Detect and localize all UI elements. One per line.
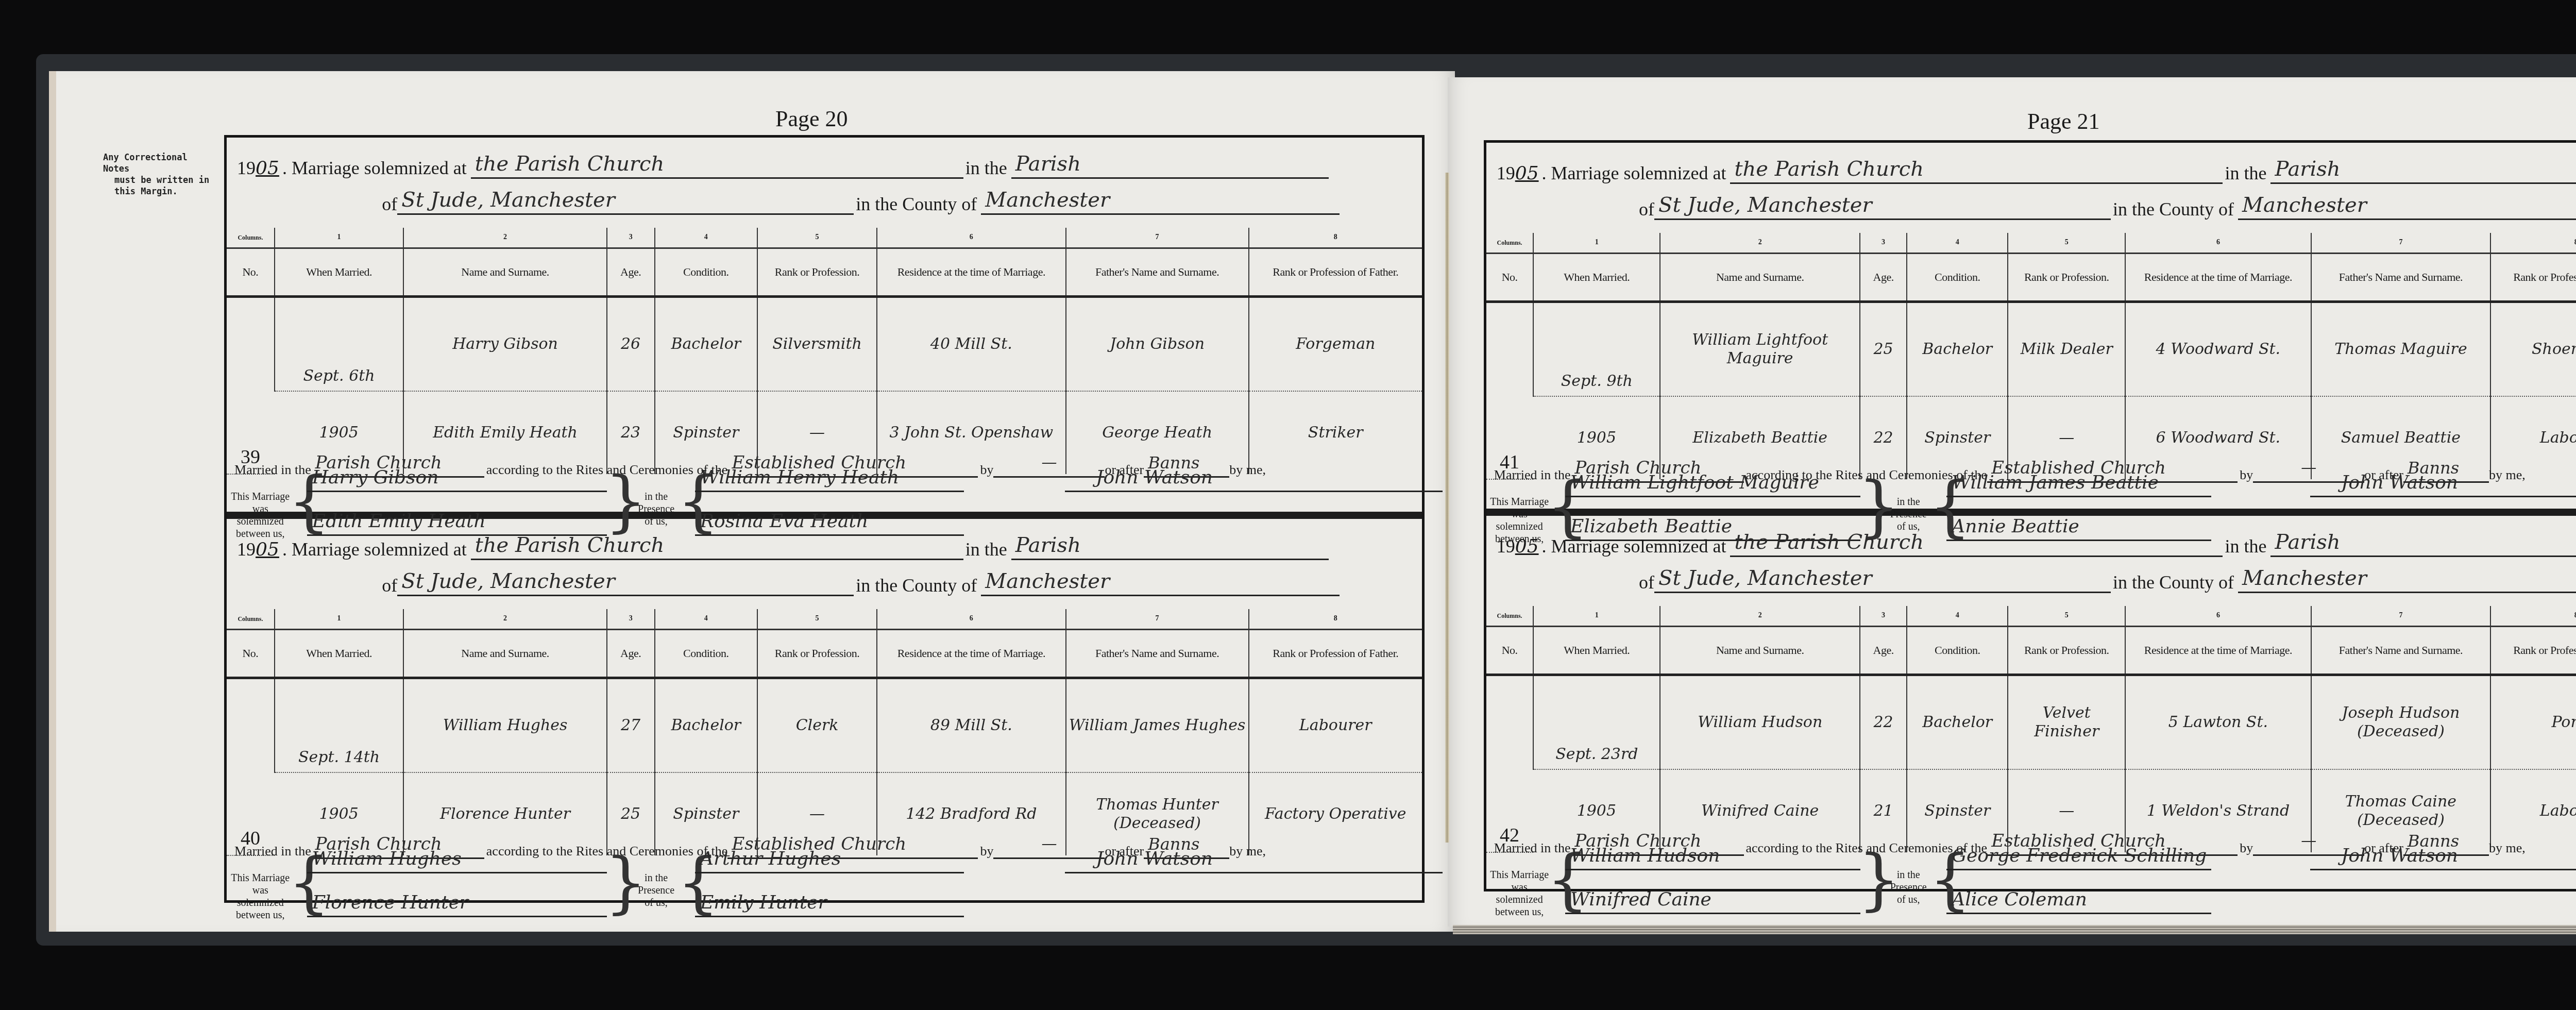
groom-father-name: William James Hughes xyxy=(1066,678,1249,773)
register-frame-left: 1905 . Marriage solemnized at the Parish… xyxy=(224,135,1425,903)
label-line: This Marriage xyxy=(229,491,292,503)
entry-number: 42 xyxy=(1486,675,1533,853)
marriage-date: Sept. 6th xyxy=(275,297,404,392)
column-number: 7 xyxy=(1066,609,1249,630)
column-number: 8 xyxy=(2490,233,2576,254)
county-name: Manchester xyxy=(2238,192,2576,220)
of-label: of xyxy=(382,193,397,215)
bride-signature: Winifred Caine xyxy=(1565,887,1860,914)
year-label: 1905 xyxy=(237,538,279,560)
column-number: 2 xyxy=(403,609,606,630)
header-profession: Rank or Profession. xyxy=(2008,254,2125,302)
groom-age: 25 xyxy=(1860,302,1907,397)
column-number: 2 xyxy=(403,228,606,248)
column-number: 8 xyxy=(1249,228,1422,248)
year-label: 1905 xyxy=(1497,535,1539,557)
solemnized-place: the Parish Church xyxy=(1730,529,2223,557)
column-number: 6 xyxy=(877,609,1066,630)
columns-label: Columns. xyxy=(1486,233,1533,254)
label-line: This Marriage xyxy=(229,872,292,884)
header-father-profession: Rank or Profession of Father. xyxy=(2490,627,2576,675)
groom-profession: Silversmith xyxy=(757,297,877,392)
header-father-profession: Rank or Profession of Father. xyxy=(2490,254,2576,302)
column-number: 6 xyxy=(877,228,1066,248)
entry-heading-line-2: of St Jude, Manchester in the County of … xyxy=(382,187,1340,215)
column-number: 3 xyxy=(1860,233,1907,254)
header-residence: Residence at the time of Marriage. xyxy=(877,248,1066,297)
parish-name: St Jude, Manchester xyxy=(1654,192,2111,220)
margin-note-left: Any Correctional Notes must be written i… xyxy=(103,152,211,197)
header-when-married: When Married. xyxy=(1533,254,1660,302)
marriage-entry: 1905 . Marriage solemnized at the Parish… xyxy=(227,138,1422,519)
margin-note-line: Any Correctional Notes xyxy=(103,152,211,175)
groom-residence: 40 Mill St. xyxy=(877,297,1066,392)
register-frame-right: 1905 . Marriage solemnized at the Parish… xyxy=(1484,140,2576,891)
in-the-label: in the xyxy=(965,157,1007,179)
groom-signature: Harry Gibson xyxy=(307,465,607,492)
column-number: 3 xyxy=(607,609,655,630)
columns-label: Columns. xyxy=(227,609,275,630)
groom-age: 22 xyxy=(1860,675,1907,770)
header-profession: Rank or Profession. xyxy=(757,248,877,297)
label-line: Presence xyxy=(1886,881,1931,894)
county-name: Manchester xyxy=(981,187,1340,215)
groom-residence: 5 Lawton St. xyxy=(2125,675,2311,770)
solemnized-label: . Marriage solemnized at xyxy=(1542,162,1726,184)
entry-heading-line-2: of St Jude, Manchester in the County of … xyxy=(1639,565,2576,593)
columns-label: Columns. xyxy=(227,228,275,248)
in-the-label: in the xyxy=(965,538,1007,560)
year-label: 1905 xyxy=(1497,162,1539,184)
groom-residence: 89 Mill St. xyxy=(877,678,1066,773)
groom-profession: Clerk xyxy=(757,678,877,773)
by-label: by xyxy=(2240,467,2253,483)
solemnized-place: the Parish Church xyxy=(1730,156,2223,184)
groom-residence: 4 Woodward St. xyxy=(2125,302,2311,397)
marriage-entry: 1905 . Marriage solemnized at the Parish… xyxy=(1486,516,2576,889)
groom-father-profession: Shoemaker xyxy=(2490,302,2576,397)
entry-register-table: Columns. 1 2 3 4 5 6 7 8 No. When Marrie… xyxy=(227,228,1422,475)
groom-condition: Bachelor xyxy=(1907,675,2008,770)
header-name: Name and Surname. xyxy=(403,248,606,297)
header-father-name: Father's Name and Surname. xyxy=(2311,627,2491,675)
page-number-left: Page 20 xyxy=(775,106,848,132)
margin-note-line: this Margin. xyxy=(103,186,211,197)
groom-signature: William Hughes xyxy=(307,846,607,873)
solemnized-label: . Marriage solemnized at xyxy=(1542,535,1726,557)
groom-father-profession: Forgeman xyxy=(1249,297,1422,392)
county-name: Manchester xyxy=(981,568,1340,596)
county-label: in the County of xyxy=(2113,198,2234,220)
column-number: 5 xyxy=(2008,606,2125,627)
officiant-signature: John Watson xyxy=(2310,843,2576,870)
by-label: by xyxy=(980,844,993,859)
column-number: 5 xyxy=(2008,233,2125,254)
header-father-profession: Rank or Profession of Father. xyxy=(1249,630,1422,678)
entry-heading-line-2: of St Jude, Manchester in the County of … xyxy=(382,568,1340,596)
by-label: by xyxy=(2240,840,2253,856)
header-profession: Rank or Profession. xyxy=(2008,627,2125,675)
solemnized-between-label: This Marriage was solemnized between us, xyxy=(1489,869,1550,918)
entry-heading-line-2: of St Jude, Manchester in the County of … xyxy=(1639,192,2576,220)
header-condition: Condition. xyxy=(655,630,758,678)
groom-profession: Milk Dealer xyxy=(2008,302,2125,397)
officiant-signature: John Watson xyxy=(1065,465,1443,492)
column-number: 2 xyxy=(1660,233,1860,254)
parish-name: St Jude, Manchester xyxy=(397,568,854,596)
column-number: 1 xyxy=(1533,233,1660,254)
presence-label: in the Presence of us, xyxy=(1886,869,1931,906)
label-line: between us, xyxy=(1489,906,1550,918)
header-no: No. xyxy=(1486,627,1533,675)
entry-number: 41 xyxy=(1486,302,1533,480)
header-age: Age. xyxy=(607,630,655,678)
column-header-row: No. When Married. Name and Surname. Age.… xyxy=(227,248,1422,297)
district-type: Parish xyxy=(1011,150,1329,179)
marriage-entry: 1905 . Marriage solemnized at the Parish… xyxy=(227,519,1422,900)
groom-father-name: Joseph Hudson (Deceased) xyxy=(2311,675,2491,770)
binding-thread xyxy=(1445,173,1449,843)
solemnized-label: . Marriage solemnized at xyxy=(282,538,467,560)
header-profession: Rank or Profession. xyxy=(757,630,877,678)
in-the-label: in the xyxy=(2225,535,2266,557)
officiant-signature: John Watson xyxy=(1065,846,1443,873)
entry-heading-line-1: 1905 . Marriage solemnized at the Parish… xyxy=(237,532,1329,560)
groom-condition: Bachelor xyxy=(1907,302,2008,397)
groom-condition: Bachelor xyxy=(655,297,758,392)
label-line: between us, xyxy=(229,909,292,921)
parish-name: St Jude, Manchester xyxy=(1654,565,2111,593)
header-condition: Condition. xyxy=(655,248,758,297)
marriage-date: Sept. 9th xyxy=(1533,302,1660,397)
witness-1-signature: William Henry Heath xyxy=(695,465,964,492)
header-name: Name and Surname. xyxy=(403,630,606,678)
header-age: Age. xyxy=(1860,254,1907,302)
groom-row: 41 Sept. 9th William Lightfoot Maguire 2… xyxy=(1486,302,2576,397)
header-age: Age. xyxy=(607,248,655,297)
county-label: in the County of xyxy=(2113,571,2234,593)
header-no: No. xyxy=(227,248,275,297)
header-when-married: When Married. xyxy=(1533,627,1660,675)
entry-register-table: Columns. 1 2 3 4 5 6 7 8 No. When Marrie… xyxy=(1486,606,2576,853)
groom-signature: William Lightfoot Maguire xyxy=(1565,470,1860,497)
groom-row: 42 Sept. 23rd William Hudson 22 Bachelor… xyxy=(1486,675,2576,770)
of-label: of xyxy=(382,575,397,596)
label-line: This Marriage xyxy=(1489,496,1550,508)
entry-heading-line-1: 1905 . Marriage solemnized at the Parish… xyxy=(237,150,1329,179)
witness-1-signature: Arthur Hughes xyxy=(695,846,964,873)
witness-2-signature: Emily Hunter xyxy=(695,890,964,917)
groom-age: 26 xyxy=(607,297,655,392)
header-when-married: When Married. xyxy=(275,630,404,678)
groom-name: William Hughes xyxy=(403,678,606,773)
groom-father-profession: Labourer xyxy=(1249,678,1422,773)
column-number: 1 xyxy=(1533,606,1660,627)
column-number: 4 xyxy=(655,609,758,630)
header-age: Age. xyxy=(1860,627,1907,675)
entry-register-table: Columns. 1 2 3 4 5 6 7 8 No. When Marrie… xyxy=(227,609,1422,856)
header-no: No. xyxy=(227,630,275,678)
bride-father-profession: Factory Operative xyxy=(1249,772,1422,855)
column-number-row: Columns. 1 2 3 4 5 6 7 8 xyxy=(227,228,1422,248)
witness-1-signature: George Frederick Schilling xyxy=(1946,843,2211,870)
column-number: 7 xyxy=(1066,228,1249,248)
margin-note-line: must be written in xyxy=(103,175,211,186)
label-line: in the xyxy=(1886,869,1931,881)
column-header-row: No. When Married. Name and Surname. Age.… xyxy=(1486,254,2576,302)
groom-row: 39 Sept. 6th Harry Gibson 26 Bachelor Si… xyxy=(227,297,1422,392)
groom-name: Harry Gibson xyxy=(403,297,606,392)
page-edges xyxy=(1453,925,2576,934)
groom-age: 27 xyxy=(607,678,655,773)
marriage-date: Sept. 23rd xyxy=(1533,675,1660,770)
label-line: Presence xyxy=(633,884,679,897)
solemnized-place: the Parish Church xyxy=(471,532,963,560)
county-label: in the County of xyxy=(856,575,977,596)
column-number: 3 xyxy=(607,228,655,248)
column-number-row: Columns. 1 2 3 4 5 6 7 8 xyxy=(227,609,1422,630)
entry-heading-line-1: 1905 . Marriage solemnized at the Parish… xyxy=(1497,529,2576,557)
column-number: 4 xyxy=(1907,233,2008,254)
column-number: 6 xyxy=(2125,233,2311,254)
bride-father-profession: Striker xyxy=(1249,391,1422,474)
column-header-row: No. When Married. Name and Surname. Age.… xyxy=(227,630,1422,678)
column-number: 4 xyxy=(1907,606,2008,627)
column-header-row: No. When Married. Name and Surname. Age.… xyxy=(1486,627,2576,675)
county-name: Manchester xyxy=(2238,565,2576,593)
column-number: 4 xyxy=(655,228,758,248)
groom-condition: Bachelor xyxy=(655,678,758,773)
header-name: Name and Surname. xyxy=(1660,254,1860,302)
header-residence: Residence at the time of Marriage. xyxy=(2125,627,2311,675)
parish-name: St Jude, Manchester xyxy=(397,187,854,215)
label-line: of us, xyxy=(633,897,679,909)
groom-name: William Lightfoot Maguire xyxy=(1660,302,1860,397)
label-line: was solemnized xyxy=(229,884,292,909)
column-number-row: Columns. 1 2 3 4 5 6 7 8 xyxy=(1486,233,2576,254)
groom-name: William Hudson xyxy=(1660,675,1860,770)
year-label: 1905 xyxy=(237,157,279,179)
groom-profession: Velvet Finisher xyxy=(2008,675,2125,770)
groom-father-name: John Gibson xyxy=(1066,297,1249,392)
groom-row: 40 Sept. 14th William Hughes 27 Bachelor… xyxy=(227,678,1422,773)
label-line: This Marriage xyxy=(1489,869,1550,881)
column-number: 3 xyxy=(1860,606,1907,627)
officiant-signature: John Watson xyxy=(2310,470,2576,497)
header-residence: Residence at the time of Marriage. xyxy=(877,630,1066,678)
header-no: No. xyxy=(1486,254,1533,302)
entry-number: 39 xyxy=(227,297,275,475)
marriage-entry: 1905 . Marriage solemnized at the Parish… xyxy=(1486,143,2576,516)
columns-label: Columns. xyxy=(1486,606,1533,627)
column-number: 6 xyxy=(2125,606,2311,627)
column-number: 1 xyxy=(275,609,404,630)
header-name: Name and Surname. xyxy=(1660,627,1860,675)
entry-register-table: Columns. 1 2 3 4 5 6 7 8 No. When Marrie… xyxy=(1486,233,2576,480)
district-type: Parish xyxy=(2270,156,2576,184)
of-label: of xyxy=(1639,198,1654,220)
label-line: in the xyxy=(633,872,679,884)
district-type: Parish xyxy=(2270,529,2576,557)
header-when-married: When Married. xyxy=(275,248,404,297)
groom-father-name: Thomas Maguire xyxy=(2311,302,2491,397)
column-number: 1 xyxy=(275,228,404,248)
groom-signature: William Hudson xyxy=(1565,843,1860,870)
header-condition: Condition. xyxy=(1907,254,2008,302)
column-number: 8 xyxy=(2490,606,2576,627)
header-father-name: Father's Name and Surname. xyxy=(1066,248,1249,297)
column-number: 5 xyxy=(757,228,877,248)
header-condition: Condition. xyxy=(1907,627,2008,675)
district-type: Parish xyxy=(1011,532,1329,560)
in-the-label: in the xyxy=(2225,162,2266,184)
column-number-row: Columns. 1 2 3 4 5 6 7 8 xyxy=(1486,606,2576,627)
marriage-date: Sept. 14th xyxy=(275,678,404,773)
groom-father-profession: Porter xyxy=(2490,675,2576,770)
presence-label: in the Presence of us, xyxy=(633,872,679,909)
of-label: of xyxy=(1639,571,1654,593)
by-label: by xyxy=(980,462,993,478)
column-number: 8 xyxy=(1249,609,1422,630)
witness-1-signature: William James Beattie xyxy=(1946,470,2211,497)
header-father-profession: Rank or Profession of Father. xyxy=(1249,248,1422,297)
header-father-name: Father's Name and Surname. xyxy=(2311,254,2491,302)
entry-number: 40 xyxy=(227,678,275,856)
column-number: 7 xyxy=(2311,233,2491,254)
page-number-right: Page 21 xyxy=(2027,108,2100,134)
label-line: of us, xyxy=(1886,894,1931,906)
column-number: 7 xyxy=(2311,606,2491,627)
solemnized-place: the Parish Church xyxy=(471,150,963,179)
label-line: in the xyxy=(1886,496,1931,508)
label-line: was solemnized xyxy=(1489,881,1550,906)
column-number: 5 xyxy=(757,609,877,630)
solemnized-between-label: This Marriage was solemnized between us, xyxy=(229,872,292,921)
county-label: in the County of xyxy=(856,193,977,215)
solemnized-label: . Marriage solemnized at xyxy=(282,157,467,179)
bride-signature: Florence Hunter xyxy=(307,890,607,917)
witness-2-signature: Alice Coleman xyxy=(1946,887,2211,914)
label-line: Presence xyxy=(633,503,679,515)
header-residence: Residence at the time of Marriage. xyxy=(2125,254,2311,302)
header-father-name: Father's Name and Surname. xyxy=(1066,630,1249,678)
label-line: in the xyxy=(633,491,679,503)
column-number: 2 xyxy=(1660,606,1860,627)
entry-heading-line-1: 1905 . Marriage solemnized at the Parish… xyxy=(1497,156,2576,184)
